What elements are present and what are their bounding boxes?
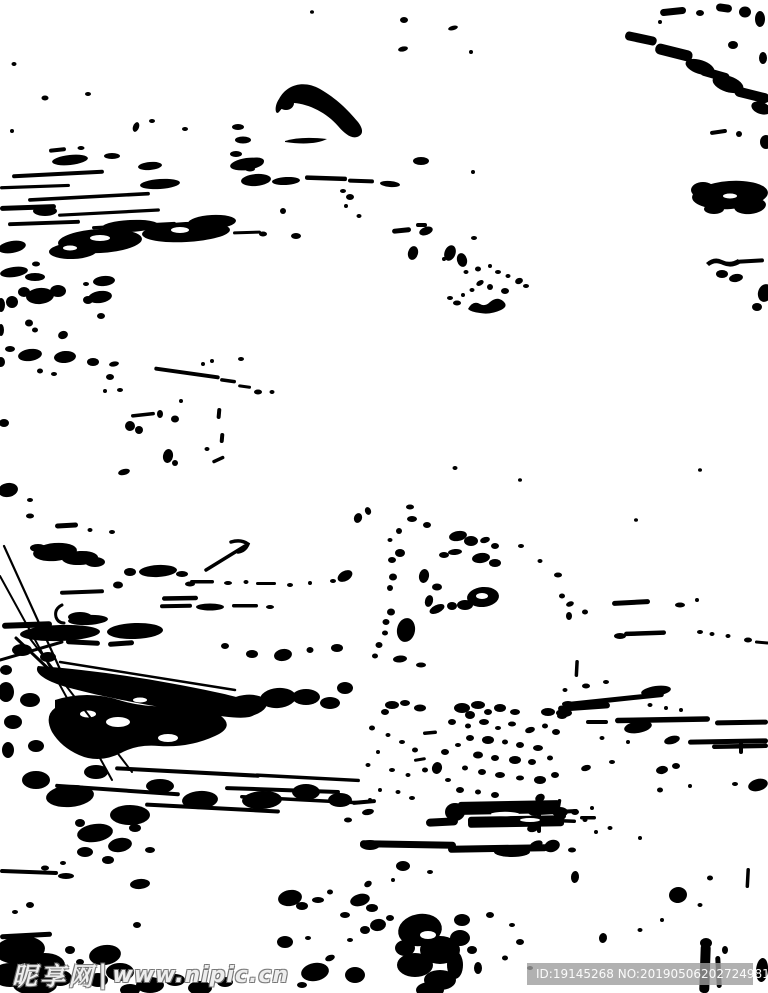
site-watermark: 昵享网 | www.nipic.cn <box>12 957 289 993</box>
site-watermark-separator: | <box>98 960 108 990</box>
id-watermark-text: ID:19145268 NO:20190506202724981000 <box>536 967 768 981</box>
site-watermark-url-text: www.nipic.cn <box>113 963 290 988</box>
grunge-texture-image: 昵享网 | www.nipic.cn ID:19145268 NO:201905… <box>0 0 768 993</box>
id-watermark-bar: ID:19145268 NO:20190506202724981000 <box>527 963 753 985</box>
site-watermark-cjk-text: 昵享网 <box>12 957 96 993</box>
grunge-texture-svg <box>0 0 768 993</box>
